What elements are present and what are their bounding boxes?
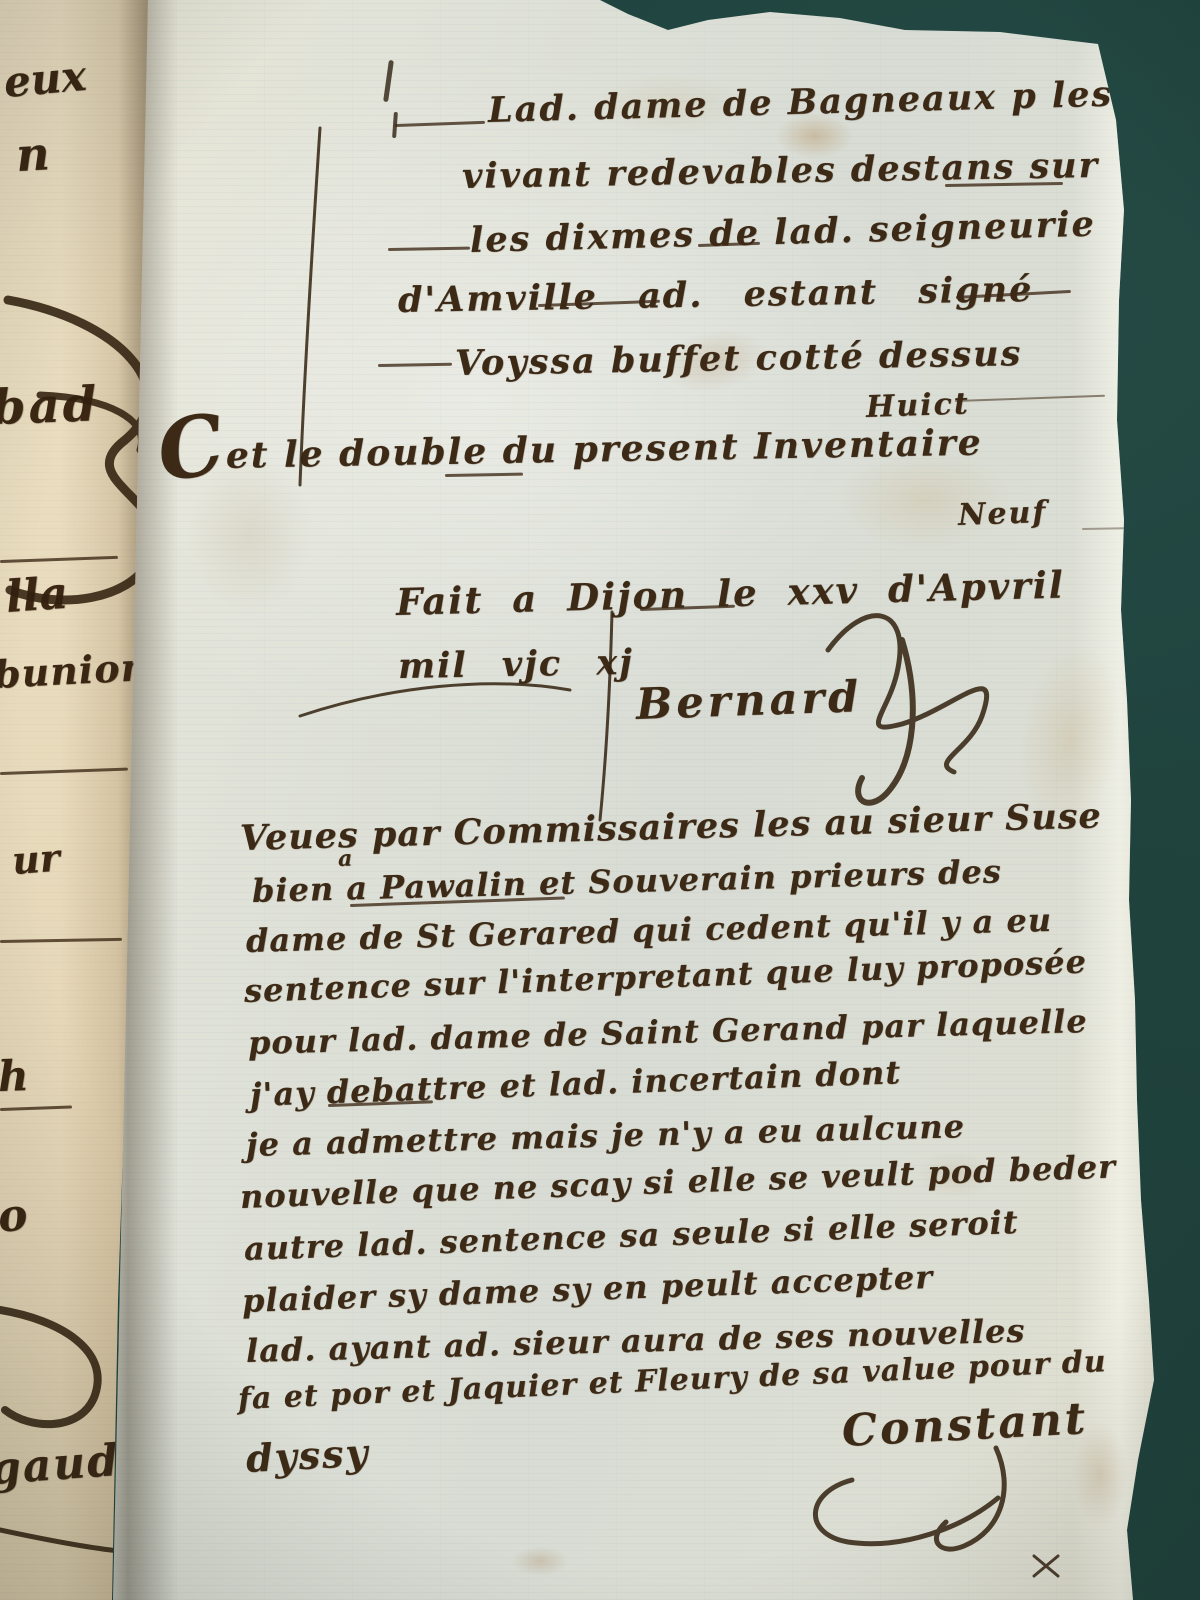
date-line: Fait a Dijon le xxv d'Apvril (395, 562, 1065, 623)
fold-mark (383, 60, 394, 102)
ink-rule (955, 395, 1105, 402)
ink-rule (388, 247, 470, 251)
left-fragment: h (0, 1051, 29, 1101)
left-fragment: lla (4, 568, 69, 623)
ink-stain (500, 1540, 580, 1582)
manuscript-line: bien a Pawalin et Souverain prieurs des (252, 852, 1003, 910)
manuscript-line: Voyssa buffet cotté dessus (455, 333, 1023, 384)
manuscript-line: Veues par Commissaires les au sieur Suse (239, 795, 1102, 859)
left-fragment: eux (2, 51, 88, 107)
left-fragment: gaud (0, 1435, 121, 1495)
manuscript-line: vivant redevables destans sur (462, 145, 1100, 197)
left-fragment: o (0, 1189, 30, 1243)
signature: Bernard (635, 672, 863, 730)
margin-number-word: Huict (865, 386, 970, 425)
manuscript-line: Cet le double du present Inventaire (158, 422, 983, 478)
left-fragment: bad (0, 376, 100, 436)
left-fragment: ur (10, 835, 61, 883)
manuscript-line: d'Amville ad. estant signé (398, 269, 1034, 321)
ink-rule (395, 121, 485, 127)
ink-rule (0, 556, 118, 563)
ink-rule (0, 938, 122, 943)
manuscript-photo: { "scene": { "description": "Photograph … (0, 0, 1200, 1600)
ink-rule (445, 473, 523, 477)
ink-rule (1082, 527, 1138, 530)
ink-rule (0, 768, 128, 775)
ink-rule (378, 363, 452, 367)
manuscript-page: Lad. dame de Bagneaux p lesd. vivant red… (0, 0, 1200, 1600)
margin-number-word: Neuf (957, 495, 1047, 533)
date-line: mil vjc xj (398, 642, 635, 687)
closing-word: dyssy (245, 1430, 371, 1481)
manuscript-line: plaider sy dame sy en peult accepter (241, 1258, 933, 1320)
interlinear-note: a (338, 845, 355, 872)
ink-stain (981, 592, 1159, 889)
decorated-initial: C (158, 442, 225, 453)
left-fragment: n (15, 126, 51, 182)
left-fragment: bunion (0, 644, 150, 697)
signature: Constant (841, 1393, 1090, 1457)
ink-rule (0, 1105, 72, 1111)
manuscript-line-text: et le double du present Inventaire (226, 422, 983, 477)
manuscript-line: les dixmes de lad. seigneurie (469, 204, 1096, 261)
manuscript-line: pour lad. dame de Saint Gerand par laque… (248, 1002, 1089, 1062)
manuscript-line: Lad. dame de Bagneaux p lesd. (487, 73, 1154, 131)
